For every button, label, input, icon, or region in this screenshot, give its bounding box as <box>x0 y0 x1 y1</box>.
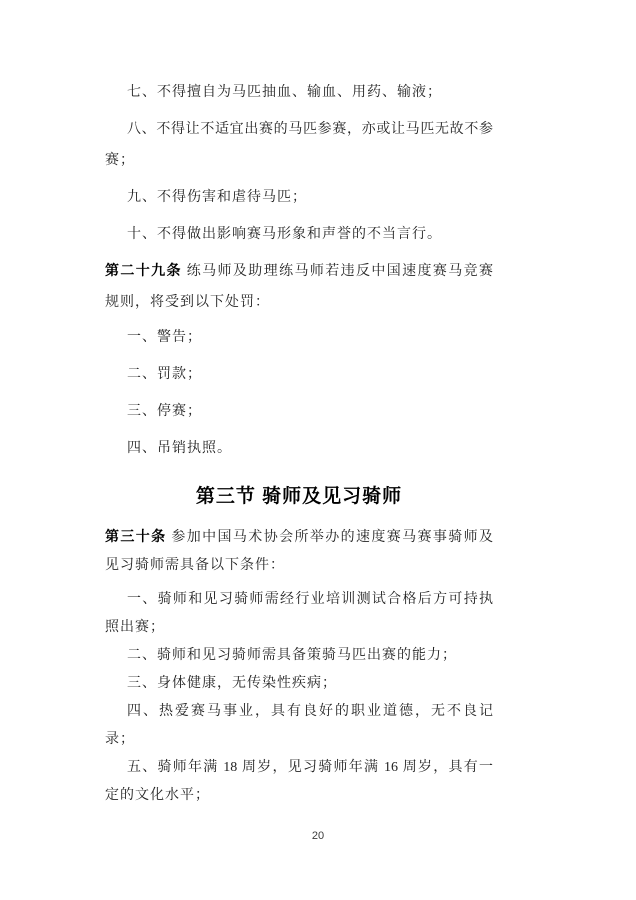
text-line: 九、不得伤害和虐待马匹； <box>105 182 493 213</box>
text-line: 十、不得做出影响赛马形象和声誉的不当言行。 <box>105 219 493 250</box>
text-line: 七、不得擅自为马匹抽血、输血、用药、输液； <box>105 77 493 108</box>
text-line: 录； <box>105 726 493 754</box>
text-line: 四、热爱赛马事业，具有良好的职业道德，无不良记 <box>105 698 493 726</box>
text-line: 四、吊销执照。 <box>105 433 493 464</box>
text-line: 一、警告； <box>105 322 493 353</box>
list-item: 四、热爱赛马事业，具有良好的职业道德，无不良记录； <box>105 698 493 754</box>
paragraph: 第二十九条 练马师及助理练马师若违反中国速度赛马竞赛规则，将受到以下处罚： <box>105 256 493 318</box>
list-item: 三、身体健康，无传染性疾病； <box>105 670 493 698</box>
list-item: 三、停赛； <box>105 396 493 427</box>
document-body: 七、不得擅自为马匹抽血、输血、用药、输液；八、不得让不适宜出赛的马匹参赛，亦或让… <box>105 0 493 810</box>
list-item: 二、骑师和见习骑师需具备策骑马匹出赛的能力； <box>105 642 493 670</box>
document-page: 七、不得擅自为马匹抽血、输血、用药、输液；八、不得让不适宜出赛的马匹参赛，亦或让… <box>0 0 636 900</box>
paragraph: 第三十条 参加中国马术协会所举办的速度赛马赛事骑师及见习骑师需具备以下条件： <box>105 524 493 580</box>
text-line: 二、骑师和见习骑师需具备策骑马匹出赛的能力； <box>105 642 493 670</box>
text-line: 照出赛； <box>105 614 493 642</box>
text-line: 五、骑师年满 18 周岁，见习骑师年满 16 周岁，具有一 <box>105 754 493 782</box>
text-line: 见习骑师需具备以下条件： <box>105 552 493 580</box>
article-number: 第三十条 <box>105 530 167 545</box>
list-item: 一、警告； <box>105 322 493 353</box>
list-item: 七、不得擅自为马匹抽血、输血、用药、输液； <box>105 77 493 108</box>
text-line: 规则，将受到以下处罚： <box>105 287 493 318</box>
text-line: 八、不得让不适宜出赛的马匹参赛，亦或让马匹无故不参 <box>105 114 493 145</box>
list-item: 九、不得伤害和虐待马匹； <box>105 182 493 213</box>
section-heading: 第三节 骑师及见习骑师 <box>105 482 493 512</box>
text-line: 一、骑师和见习骑师需经行业培训测试合格后方可持执 <box>105 586 493 614</box>
page-number: 20 <box>0 829 636 843</box>
list-item: 八、不得让不适宜出赛的马匹参赛，亦或让马匹无故不参赛； <box>105 114 493 176</box>
text-line: 二、罚款； <box>105 359 493 390</box>
list-item: 十、不得做出影响赛马形象和声誉的不当言行。 <box>105 219 493 250</box>
text-line: 三、停赛； <box>105 396 493 427</box>
article-number: 第二十九条 <box>105 264 182 279</box>
list-item: 四、吊销执照。 <box>105 433 493 464</box>
text-line: 三、身体健康，无传染性疾病； <box>105 670 493 698</box>
list-item: 五、骑师年满 18 周岁，见习骑师年满 16 周岁，具有一定的文化水平； <box>105 754 493 810</box>
text-line: 定的文化水平； <box>105 782 493 810</box>
list-item: 二、罚款； <box>105 359 493 390</box>
text-line: 第三十条 参加中国马术协会所举办的速度赛马赛事骑师及 <box>105 524 493 552</box>
list-item: 一、骑师和见习骑师需经行业培训测试合格后方可持执照出赛； <box>105 586 493 642</box>
text-line: 赛； <box>105 145 493 176</box>
text-line: 第二十九条 练马师及助理练马师若违反中国速度赛马竞赛 <box>105 256 493 287</box>
